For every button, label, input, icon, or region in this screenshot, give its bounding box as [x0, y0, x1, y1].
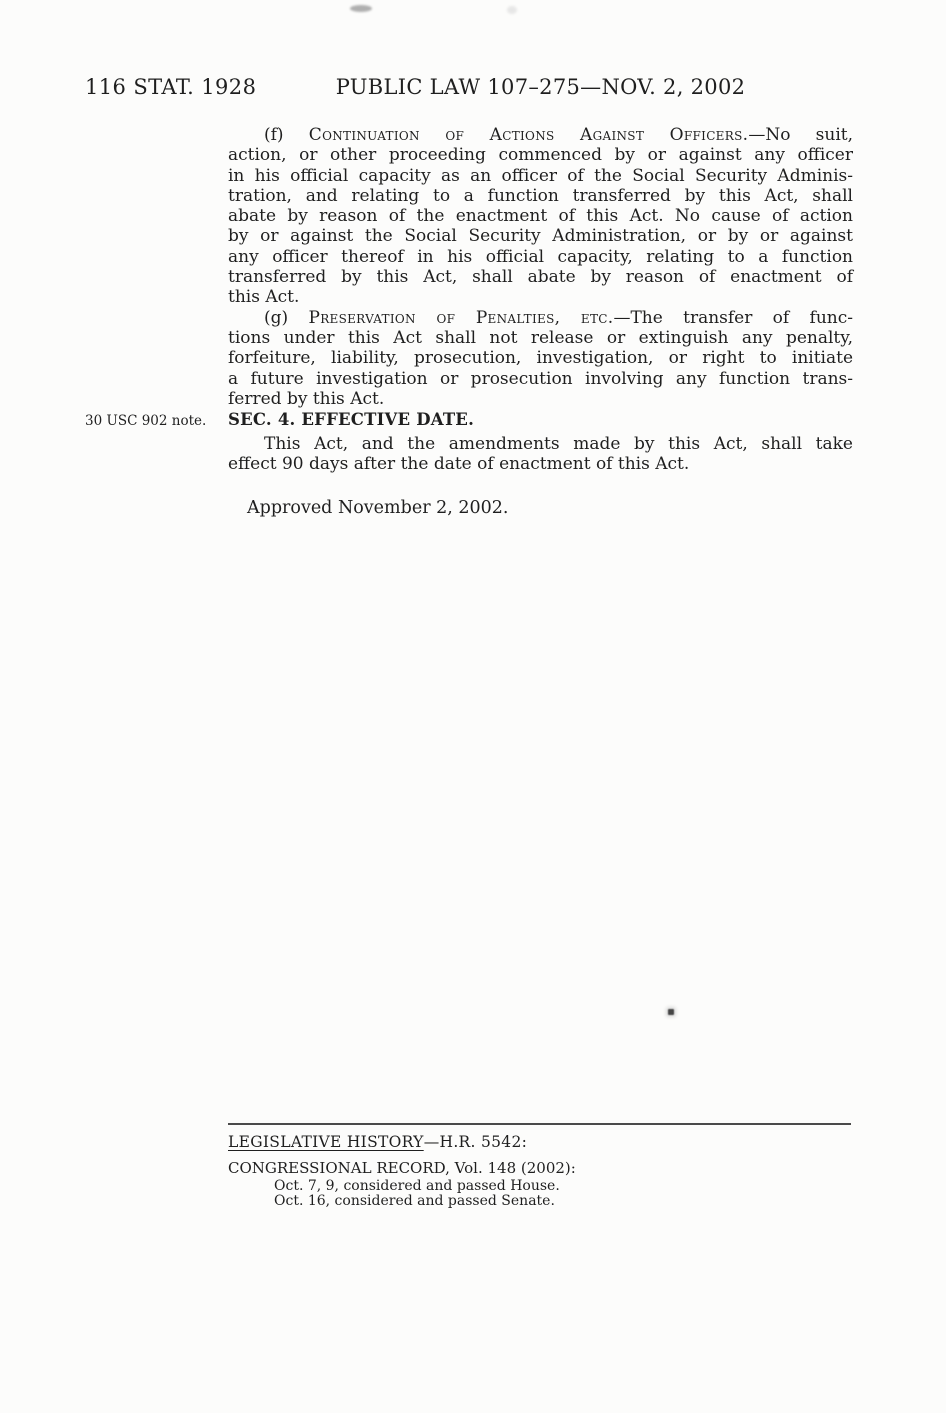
line-text: effect 90 days after the date of enactme… — [228, 454, 689, 474]
text-line: tions under this Act shall not release o… — [228, 328, 853, 348]
text-line: a future investigation or prosecution in… — [228, 369, 853, 389]
statute-body-column: (f) Continuation of Actions Against Offi… — [228, 125, 853, 409]
line-text: any officer thereof in his official capa… — [228, 247, 853, 267]
bill-number: —H.R. 5542: — [424, 1133, 527, 1151]
history-item-house: Oct. 7, 9, considered and passed House. — [274, 1178, 560, 1194]
text-line: by or against the Social Security Admini… — [228, 226, 853, 246]
scan-smudge-artifact — [507, 6, 517, 14]
text-line: any officer thereof in his official capa… — [228, 247, 853, 267]
line-text: tration, and relating to a function tran… — [228, 186, 853, 206]
line-text: a future investigation or prosecution in… — [228, 369, 853, 389]
statute-page: 116 STAT. 1928 PUBLIC LAW 107–275—NOV. 2… — [0, 0, 946, 1413]
text-line: (g) Preservation of Penalties, etc.—The … — [228, 308, 853, 328]
line-text: in his official capacity as an officer o… — [228, 166, 853, 186]
line-text: This Act, and the amendments made by thi… — [264, 434, 853, 454]
section-4-heading: SEC. 4. EFFECTIVE DATE. — [228, 410, 474, 429]
legislative-history-rule — [228, 1123, 851, 1125]
scan-speck-artifact — [668, 1009, 674, 1015]
text-line: tration, and relating to a function tran… — [228, 186, 853, 206]
line-text: —No suit, — [748, 125, 853, 145]
line-text: —The transfer of func- — [613, 308, 853, 328]
text-line: effect 90 days after the date of enactme… — [228, 454, 853, 474]
legislative-history-heading: LEGISLATIVE HISTORY—H.R. 5542: — [228, 1133, 527, 1151]
text-line: forfeiture, liability, prosecution, inve… — [228, 348, 853, 368]
approved-date-line: Approved November 2, 2002. — [247, 498, 508, 518]
text-line: in his official capacity as an officer o… — [228, 166, 853, 186]
congressional-record-line: CONGRESSIONAL RECORD, Vol. 148 (2002): — [228, 1159, 576, 1177]
line-text: (f) — [264, 125, 309, 145]
line-text: transferred by this Act, shall abate by … — [228, 267, 853, 287]
running-head-law-title: PUBLIC LAW 107–275—NOV. 2, 2002 — [228, 75, 853, 99]
line-text: tions under this Act shall not release o… — [228, 328, 853, 348]
text-line: action, or other proceeding commenced by… — [228, 145, 853, 165]
text-line: This Act, and the amendments made by thi… — [228, 434, 853, 454]
line-text: by or against the Social Security Admini… — [228, 226, 853, 246]
subsection-g-heading: Preservation of Penalties, etc. — [308, 308, 613, 328]
text-line: this Act. — [228, 287, 853, 307]
effective-date-paragraph: This Act, and the amendments made by thi… — [228, 434, 853, 475]
text-line: transferred by this Act, shall abate by … — [228, 267, 853, 287]
text-line: (f) Continuation of Actions Against Offi… — [228, 125, 853, 145]
line-text: abate by reason of the enactment of this… — [228, 206, 853, 226]
scan-smudge-artifact — [350, 5, 372, 12]
text-line: abate by reason of the enactment of this… — [228, 206, 853, 226]
line-text: forfeiture, liability, prosecution, inve… — [228, 348, 853, 368]
line-text: action, or other proceeding commenced by… — [228, 145, 853, 165]
text-line: ferred by this Act. — [228, 389, 853, 409]
line-text: ferred by this Act. — [228, 389, 384, 409]
usc-margin-note: 30 USC 902 note. — [85, 413, 206, 429]
line-text: (g) — [264, 308, 308, 328]
line-text: this Act. — [228, 287, 299, 307]
legislative-history-label: LEGISLATIVE HISTORY — [228, 1133, 424, 1151]
subsection-f-heading: Continuation of Actions Against Officers… — [309, 125, 749, 145]
history-item-senate: Oct. 16, considered and passed Senate. — [274, 1193, 555, 1209]
